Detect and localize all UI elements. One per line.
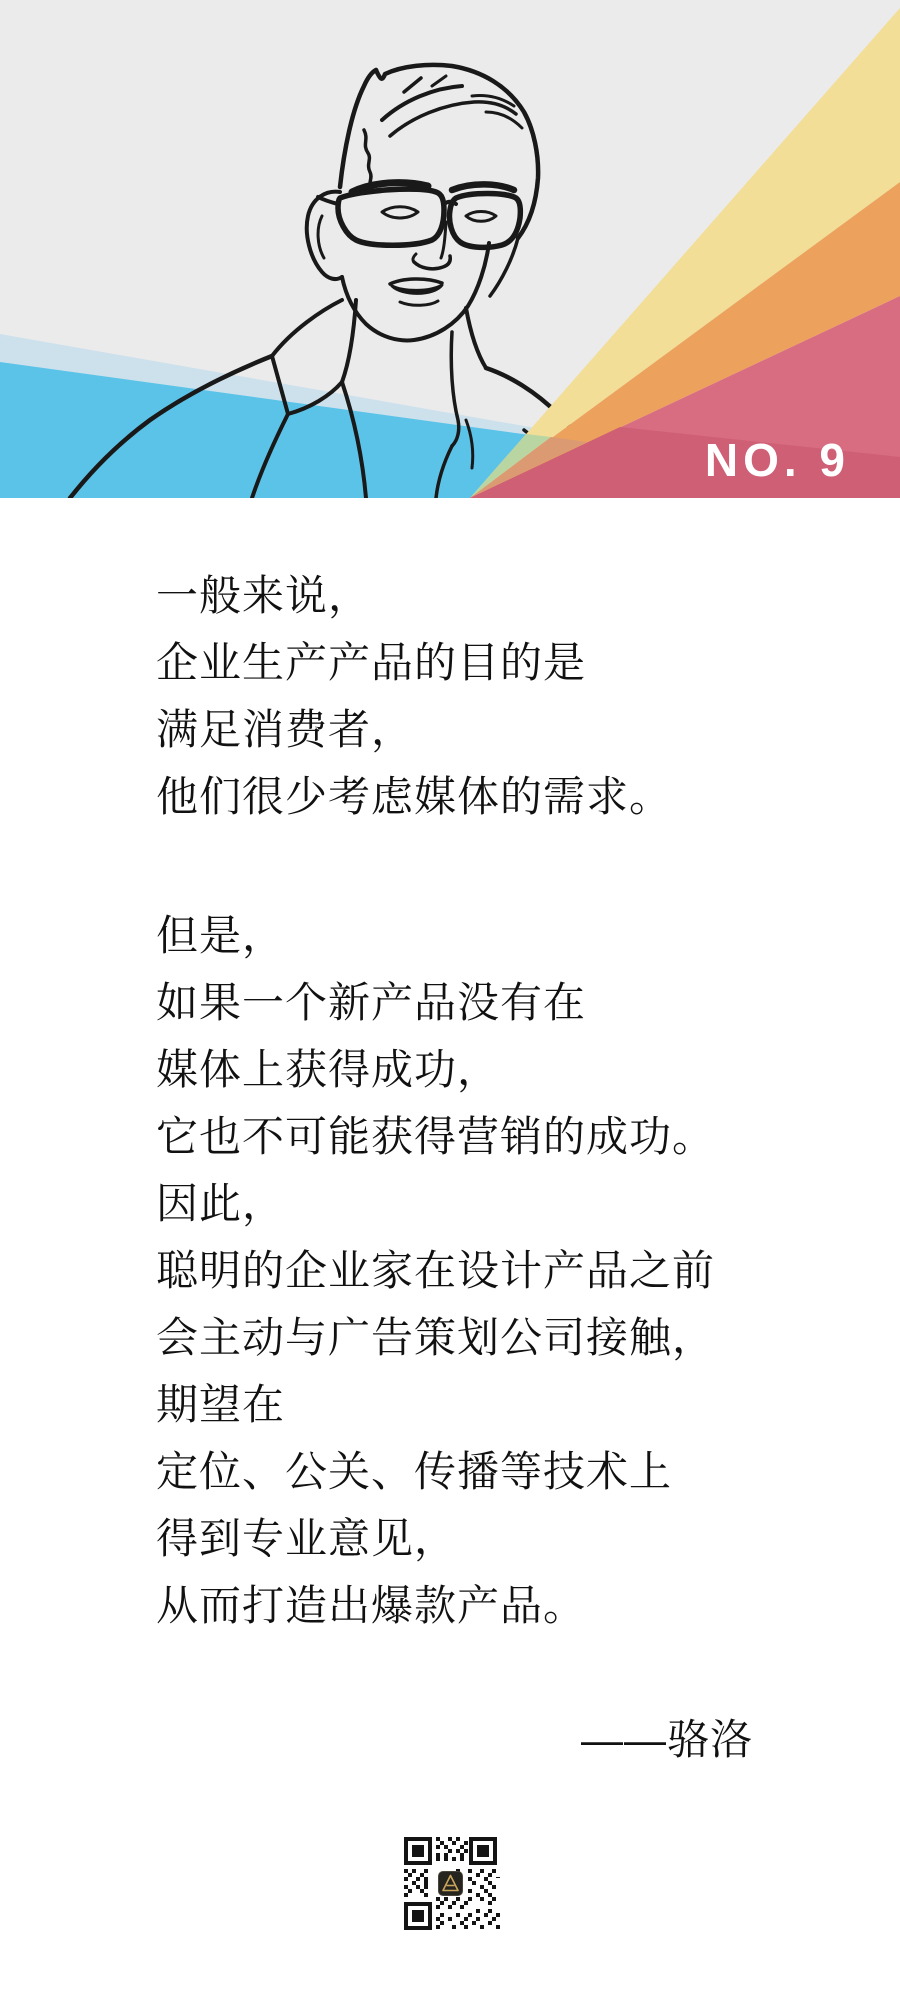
- quote-line: 满足消费者，: [156, 696, 856, 763]
- qr-center-logo-A-icon: [439, 1872, 463, 1896]
- quote-line: 一般来说，: [156, 562, 856, 629]
- quote-line: 媒体上获得成功，: [156, 1036, 856, 1103]
- quote-line: 因此，: [156, 1170, 856, 1237]
- quote-line: 企业生产产品的目的是: [156, 629, 856, 696]
- attribution-text: ——骆洛: [581, 1706, 753, 1773]
- qr-code: [400, 1833, 501, 1934]
- quote-line: 它也不可能获得营销的成功。: [156, 1103, 856, 1170]
- quote-text: 一般来说，企业生产产品的目的是满足消费者，他们很少考虑媒体的需求。但是，如果一个…: [156, 562, 856, 1639]
- quote-line: 他们很少考虑媒体的需求。: [156, 763, 856, 830]
- quote-paragraph: 一般来说，企业生产产品的目的是满足消费者，他们很少考虑媒体的需求。: [156, 562, 856, 830]
- quote-line: 期望在: [156, 1371, 856, 1438]
- quote-line: 会主动与广告策划公司接触，: [156, 1304, 856, 1371]
- quote-paragraph: 但是，如果一个新产品没有在媒体上获得成功，它也不可能获得营销的成功。因此，聪明的…: [156, 902, 856, 1639]
- header-section: NO. 9: [0, 0, 900, 498]
- quote-line: 如果一个新产品没有在: [156, 969, 856, 1036]
- issue-number-badge: NO. 9: [705, 433, 850, 487]
- quote-line: 得到专业意见，: [156, 1505, 856, 1572]
- quote-line: 定位、公关、传播等技术上: [156, 1438, 856, 1505]
- poster-page: NO. 9 一般来说，企业生产产品的目的是满足消费者，他们很少考虑媒体的需求。但…: [0, 0, 900, 2000]
- quote-line: 从而打造出爆款产品。: [156, 1572, 856, 1639]
- quote-line: 但是，: [156, 902, 856, 969]
- quote-line: 聪明的企业家在设计产品之前: [156, 1237, 856, 1304]
